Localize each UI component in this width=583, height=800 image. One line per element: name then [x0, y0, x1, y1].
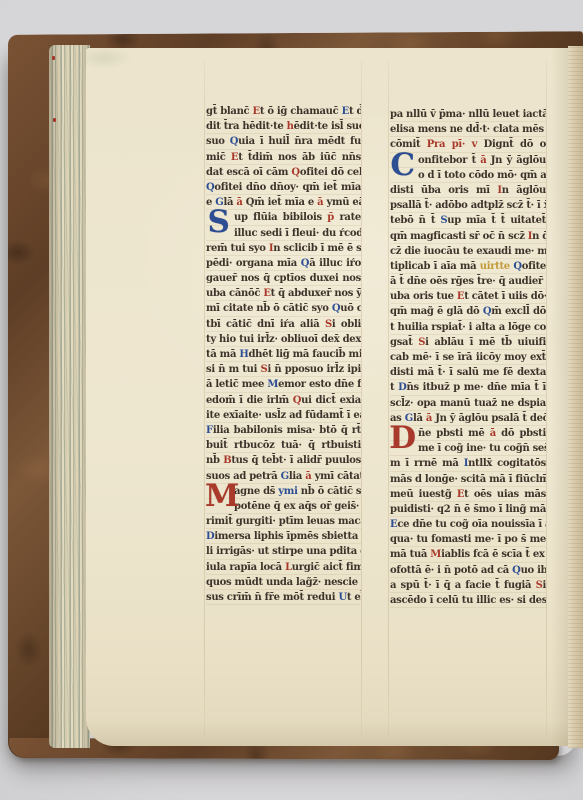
text-line: puidisti· q2 n̄ ē s̄mo ī ling̃ mā — [390, 502, 546, 517]
body-text: onfitebor t̄ — [418, 155, 480, 166]
body-text: Dignt̄ dō o — [484, 139, 546, 150]
body-text: ce dn̄e tu cog̃ oīa nouissīa ī āt̄ — [397, 519, 546, 530]
body-text: o d ī toto cōdo mō· qm̄ au — [418, 170, 546, 181]
text-line: ty hio tui irl̄z· obliuoī dex̄ dex — [206, 332, 361, 347]
body-text: me ī cog̃ ine· tu cog̃n̄ ses̄ — [418, 443, 546, 454]
body-text: mic̄ — [206, 152, 231, 163]
rubric-text: p̄ — [327, 212, 334, 223]
text-column-left: gt̄ blanc̄ Et ō iḡ chamauc̄ Et d̄dit t̄r… — [206, 104, 361, 605]
rubric-text: S — [536, 580, 543, 591]
blue-initial-text: Q — [483, 306, 491, 317]
text-line: edom̄ ī die irlm̄ Qui dict̄ exia — [206, 393, 361, 408]
body-text: t huilia rspiat̄· i alta a lōge co — [390, 322, 546, 333]
body-text: t oēs uias mās — [464, 489, 546, 500]
body-text: dat escā oī cām — [206, 167, 291, 178]
text-line: psallā t̄· adōbo adtplz̄ scz̄ t̄· ī x̄i — [390, 198, 546, 213]
text-line: mā tuā Miablis fcā ē scīa t̄ ex me — [390, 547, 546, 562]
body-text: lia — [289, 471, 305, 482]
body-text: suo — [206, 136, 230, 147]
body-text: t — [390, 382, 398, 393]
body-text: illuc sedi ī fleui· du ŕcoda — [234, 228, 361, 239]
text-line: rem̄ tui syo In sclicib ī mē ē su — [206, 241, 361, 256]
body-text: uo ibo — [521, 565, 546, 576]
text-line: tā mā Hdhēt liḡ mā faucib̄ mi — [206, 347, 361, 362]
book-cover-spine — [8, 36, 54, 758]
illuminated-initial: D — [389, 424, 416, 454]
body-text: up mīa t̄ t̄ uitatet̄ — [447, 215, 546, 226]
body-text: n q̄ — [532, 231, 546, 242]
body-text: ā illuc iŕo — [309, 258, 361, 269]
text-line: cz̄ die iuocāu te exaudi me· ml̄ — [390, 244, 546, 259]
body-text: i obli — [332, 319, 361, 330]
body-text: gt̄ blanc̄ — [206, 106, 253, 117]
body-text: rimit̄ gurgiti· ptīm leuas macā — [206, 516, 361, 527]
text-line: mās d lonḡe· scitā mā ī fiūclm̄ — [390, 472, 546, 487]
blue-initial-text: F — [206, 425, 213, 436]
text-line: suo Quia ī huil̄ n̄ra mēdt fu — [206, 134, 361, 149]
body-text: quos mūdt unda lag̃z̄· nescie lap — [206, 577, 361, 588]
body-text: n sclicib ī mē ē su — [273, 243, 361, 254]
blue-initial-text: Q — [513, 261, 521, 272]
body-text: ymī cātate — [311, 471, 361, 482]
text-line: disti ūba oris mī In āglōu — [390, 183, 546, 198]
text-line: tbī cātic̄ dnī iŕa aliā Si obli — [206, 317, 361, 332]
body-text: t ō iḡ chamauc̄ — [260, 106, 342, 117]
body-text: ymū eā — [323, 197, 361, 208]
body-text: t cātet ī uiis dō· — [464, 291, 546, 302]
text-line: ā t̄ dn̄e oēs rḡes t̄re· q̄ audier̄ oī — [390, 274, 546, 289]
text-line: meū iuestg̃ Et oēs uias mās — [390, 487, 546, 502]
body-text: dit t̄ra hēdit·te — [206, 121, 287, 132]
body-text: sus crīm̄ n̄ fr̄e mōt̄ redui — [206, 592, 338, 603]
text-line: Dimersa liphis īpmēs sbietta re — [206, 529, 361, 544]
body-text: up flūia bibilois — [234, 212, 327, 223]
body-text: i n̄ pposuo irl̄z ipi — [267, 364, 361, 375]
body-text: Jn ȳ āglōu — [486, 155, 546, 166]
body-text: emor esto dn̄e fi — [278, 379, 361, 390]
body-text: ty hio tui irl̄z· obliuoī dex̄ dex — [206, 334, 361, 345]
text-line: elisa mens ne dd̄·t· clata mēs ne — [390, 122, 546, 137]
rubric-text: Pra pī· v — [427, 139, 484, 150]
body-text: t d̄ — [349, 106, 361, 117]
body-text: si n̄ m tui — [206, 364, 261, 375]
blue-initial-text: U — [338, 592, 346, 603]
text-line: pēdi· organa mīa Qā illuc iŕo — [206, 256, 361, 271]
blue-initial-text: M — [267, 379, 278, 390]
blue-initial-text: E — [342, 106, 349, 117]
body-text: puidisti· q2 n̄ ē s̄mo ī ling̃ mā — [390, 504, 546, 515]
body-text: rem̄ tui syo — [206, 243, 269, 254]
text-line: mī citate nb̄ ō cātic̄ syo Quō cā — [206, 301, 361, 316]
body-text: a spū t̄· ī q̄ a facie t̄ fugiā — [390, 580, 536, 591]
body-text: disti ūba oris mī — [390, 185, 497, 196]
body-text: rate — [334, 212, 361, 223]
body-text: psallā t̄· adōbo adtplz̄ scz̄ t̄· ī x̄i — [390, 200, 546, 211]
body-text: edom̄ ī die irlm̄ — [206, 395, 293, 406]
body-text: tbī cātic̄ dnī iŕa aliā — [206, 319, 325, 330]
text-line: ite exīaite· usl̄z ad fūdamt̄ ī ea — [206, 408, 361, 423]
rubric-text: S — [325, 319, 332, 330]
text-line: qua· tu fomasti me· ī po s̄ me — [390, 532, 546, 547]
text-line: buit̄ rtbucōz tuā· q̄ rtbuisti — [206, 438, 361, 453]
body-text: tus q̄ teb̄t· ī alidr̄ puulos — [231, 455, 361, 466]
text-line: qm̄ magficasti sr̄ oc̄ n̄ scz̄ In q̄ — [390, 229, 546, 244]
text-line: scl̄z· opa manū tuaz̄ ne dspia — [390, 396, 546, 411]
body-text: ā t̄ dn̄e oēs rḡes t̄re· q̄ audier̄ oī — [390, 276, 546, 287]
endband-thread-icon — [52, 56, 55, 60]
rubric-text: L — [285, 562, 292, 573]
body-text: elisa mens ne dd̄·t· clata mēs ne — [390, 124, 546, 135]
body-text: nb̄ ō cātic̄ syon — [298, 486, 361, 497]
body-text: agne ds̄ — [234, 486, 278, 497]
body-text: ēdit·te isl̄ suo — [294, 121, 361, 132]
gold-text: uirtte — [480, 261, 510, 272]
body-text: tā mā — [206, 349, 239, 360]
text-line: nb̄ Btus q̄ teb̄t· ī alidr̄ puulos — [206, 453, 361, 468]
text-line: ofottā ē· i n̄ potō ad cā Quo ibo — [390, 563, 546, 578]
body-text: dō pbsti — [496, 428, 546, 439]
body-text: tiplicab ī aīa mā — [390, 261, 480, 272]
text-line: gt̄ blanc̄ Et ō iḡ chamauc̄ Et d̄ — [206, 104, 361, 119]
text-line: gsat̄ Si ablāu ī mē tb̄ uiuifi — [390, 335, 546, 350]
body-text: pa nllū v̄ p̄ma· nllū leuet iactāna — [390, 109, 546, 120]
text-line: rimit̄ gurgiti· ptīm leuas macā — [206, 514, 361, 529]
text-line: m ī rrnē mā Intllx̄ cogitatōs — [390, 456, 546, 471]
body-text: qua· tu fomasti me· ī po s̄ me — [390, 534, 546, 545]
rubric-text: E — [263, 288, 270, 299]
blue-initial-text: Q — [512, 565, 520, 576]
body-text: qm̄ mag̃ ē glā dō — [390, 306, 483, 317]
body-text: i — [543, 580, 547, 591]
body-text: mās d lonḡe· scitā mā ī fiūclm̄ — [390, 474, 546, 485]
body-text: Jn ȳ āglōu psalā t̄ deō — [432, 413, 546, 424]
body-text: uō cā — [340, 303, 361, 314]
body-text: tebō n̄ t̄ — [390, 215, 440, 226]
body-text: t t̄dim̄ nos āb iūc̄ nn̄s — [238, 152, 361, 163]
text-line: Filia babilonis misa· btō q̄ rt̄ — [206, 423, 361, 438]
text-line: dat escā oī cām Qofitei dō celi· — [206, 165, 361, 180]
text-line: pa nllū v̄ p̄ma· nllū leuet iactāna — [390, 107, 546, 122]
body-text: iablis fcā ē scīa t̄ ex me — [441, 549, 546, 560]
text-line: t Dn̄s itbuz̄ p me· dn̄e mīa t̄ ī — [390, 380, 546, 395]
body-text: nb̄ — [206, 455, 223, 466]
page-stack-edges — [49, 45, 90, 748]
body-text: ofitei dn̄o dn̄oy· qm̄ iet̄ mīa — [214, 182, 361, 193]
text-line: Qofitei dn̄o dn̄oy· qm̄ iet̄ mīa — [206, 180, 361, 195]
text-line: quos mūdt unda lag̃z̄· nescie lap — [206, 575, 361, 590]
rubric-text: h — [287, 121, 294, 132]
text-column-right: pa nllū v̄ p̄ma· nllū leuet iactānaelisa… — [390, 107, 546, 608]
body-text: ite exīaite· usl̄z ad fūdamt̄ ī ea — [206, 410, 361, 421]
text-line: ascēdo ī celū tu illic es· si descē — [390, 593, 546, 608]
body-text: ilia babilonis misa· btō q̄ rt̄ — [213, 425, 361, 436]
text-line: tiplicab ī aīa mā uirtte Qofite — [390, 259, 546, 274]
text-line: uba cānōc̄ Et q̄ abduxer̄ nos ȳ — [206, 286, 361, 301]
blue-initial-text: D — [398, 382, 406, 393]
page-fold-shadow — [551, 48, 569, 746]
rubric-text: Q — [293, 395, 301, 406]
body-text: ofottā ē· i n̄ potō ad cā — [390, 565, 512, 576]
body-text: dhēt liḡ mā faucib̄ mi — [248, 349, 361, 360]
body-text: t q̄ abduxer̄ nos ȳ — [271, 288, 361, 299]
text-line: si n̄ m tui Si n̄ pposuo irl̄z ipi — [206, 362, 361, 377]
text-line: t huilia rspiat̄· i alta a lōge co — [390, 320, 546, 335]
ruling-line-vertical — [546, 60, 547, 736]
body-text: ā letic̄ mee — [206, 379, 267, 390]
body-text: ntllx̄ cogitatōs — [468, 458, 546, 469]
illuminated-initial: M — [205, 482, 232, 512]
body-text: iula rapīa locā — [206, 562, 285, 573]
body-text: mā tuā — [390, 549, 430, 560]
ruling-line-vertical — [361, 60, 362, 736]
text-line: iula rapīa locā Lurgic̄ aict̄ fiml̄ — [206, 560, 361, 575]
body-text: t el̄ — [347, 592, 361, 603]
body-text: li irrigās· ut stirpe una pdita di — [206, 546, 361, 557]
body-text: cz̄ die iuocāu te exaudi me· ml̄ — [390, 246, 546, 257]
text-line: tebō n̄ t̄ Sup mīa t̄ t̄ uitatet̄ — [390, 213, 546, 228]
body-text: buit̄ rtbucōz tuā· q̄ rtbuisti — [206, 440, 361, 451]
body-text: Qm̄ iet̄ mīa e — [243, 197, 318, 208]
text-line: gauer̄ nos q̄ cptīos duxei nos — [206, 271, 361, 286]
text-line: cab mē· ī se īrā iicōy moy ext̄ — [390, 350, 546, 365]
body-text: gauer̄ nos q̄ cptīos duxei nos — [206, 273, 361, 284]
body-text: uba cānōc̄ — [206, 288, 263, 299]
blue-initial-text: G — [281, 471, 289, 482]
text-line: qm̄ mag̃ ē glā dō Qm̄ excll̄ dō — [390, 304, 546, 319]
body-text: uba oris tue — [390, 291, 457, 302]
rubric-text: E — [253, 106, 260, 117]
body-text: ascēdo ī celū tu illic es· si descē — [390, 595, 546, 606]
body-text: meū iuestg̃ — [390, 489, 457, 500]
body-text: imersa liphis īpmēs sbietta re — [214, 531, 361, 542]
rubric-text: M — [430, 549, 441, 560]
text-line: sus crīm̄ n̄ fr̄e mōt̄ redui Ut el̄ — [206, 590, 361, 605]
body-text: gsat̄ — [390, 337, 418, 348]
body-text: n̄s itbuz̄ p me· dn̄e mīa t̄ ī — [407, 382, 546, 393]
endband-thread-icon — [53, 118, 56, 122]
illuminated-initial: S — [205, 208, 232, 238]
blue-initial-text: Q — [301, 258, 309, 269]
text-line: ā letic̄ mee Memor esto dn̄e fi — [206, 377, 361, 392]
text-line: disti mā t̄· ī salū me fē dexta — [390, 365, 546, 380]
text-line: mic̄ Et t̄dim̄ nos āb iūc̄ nn̄s — [206, 150, 361, 165]
body-text: ui dict̄ exia — [301, 395, 361, 406]
fore-edge-pages — [568, 46, 583, 748]
body-text: n̄e pbsti mē — [418, 428, 490, 439]
body-text: ofitei dō celi· — [300, 167, 361, 178]
body-text: m̄ excll̄ dō — [491, 306, 546, 317]
illuminated-initial: C — [389, 151, 416, 181]
text-line: dit t̄ra hēdit·te hēdit·te isl̄ suo — [206, 119, 361, 134]
blue-initial-text: Q — [230, 136, 238, 147]
body-text: n āglōu — [502, 185, 546, 196]
body-text: potēne q̄ ex aq̄s or̄ geis̄· pti — [234, 501, 361, 512]
body-text: urgic̄ aict̄ fiml̄ — [292, 562, 361, 573]
text-line: a spū t̄· ī q̄ a facie t̄ fugiā Si — [390, 578, 546, 593]
rubric-text: Q — [291, 167, 299, 178]
body-text: uia ī huil̄ n̄ra mēdt fu — [238, 136, 361, 147]
text-line: uba oris tue Et cātet ī uiis dō· — [390, 289, 546, 304]
text-line: li irrigās· ut stirpe una pdita di — [206, 544, 361, 559]
body-text: pēdi· organa mīa — [206, 258, 301, 269]
body-text: mī citate nb̄ ō cātic̄ syo — [206, 303, 332, 314]
text-line: Ece dn̄e tu cog̃ oīa nouissīa ī āt̄ — [390, 517, 546, 532]
body-text: qm̄ magficasti sr̄ oc̄ n̄ scz̄ — [390, 231, 528, 242]
body-text: m ī rrnē mā — [390, 458, 464, 469]
body-text: ofite — [522, 261, 546, 272]
body-text: disti mā t̄· ī salū me fē dexta — [390, 367, 546, 378]
blue-initial-text: ymi — [278, 486, 297, 497]
body-text: cab mē· ī se īrā iicōy moy ext̄ — [390, 352, 546, 363]
body-text: scl̄z· opa manū tuaz̄ ne dspia — [390, 398, 546, 409]
body-text: i ablāu ī mē tb̄ uiuifi — [425, 337, 546, 348]
ruling-line-vertical — [204, 60, 205, 736]
